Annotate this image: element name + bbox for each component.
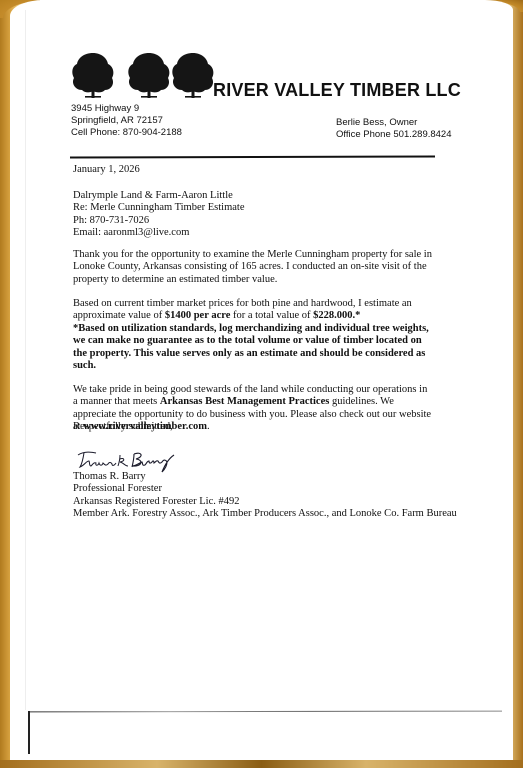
address-line: Cell Phone: 870-904-2188 xyxy=(71,127,182,139)
company-address: 3945 Highway 9 Springfield, AR 72157 Cel… xyxy=(71,103,182,139)
company-name: RIVER VALLEY TIMBER LLC xyxy=(213,80,461,101)
paragraph-estimate: Based on current timber market prices fo… xyxy=(73,298,433,372)
total-value: $228.000.* xyxy=(313,310,360,321)
page-bottom-edge xyxy=(0,760,523,768)
signer-name: Thomas R. Barry xyxy=(73,471,433,483)
price-per-acre: $1400 per acre xyxy=(165,310,231,321)
disclaimer: *Based on utilization standards, log mer… xyxy=(73,323,433,373)
handwritten-signature xyxy=(76,449,181,473)
owner-contact: Berlie Bess, Owner Office Phone 501.289.… xyxy=(336,117,452,141)
letter-date: January 1, 2026 xyxy=(73,164,433,176)
owner-line: Berlie Bess, Owner xyxy=(336,117,452,129)
tree-icon xyxy=(70,50,116,100)
signer-title: Professional Forester xyxy=(73,483,433,495)
tree-icon xyxy=(170,50,216,100)
page-edge xyxy=(25,10,26,710)
bottom-rule-corner xyxy=(28,711,30,754)
signer-license: Arkansas Registered Forester Lic. #492 xyxy=(73,496,433,508)
recipient-line: Ph: 870-731-7026 xyxy=(73,215,433,227)
recipient-line: Email: aaronml3@live.com xyxy=(73,227,433,239)
bmp-guidelines: Arkansas Best Management Practices xyxy=(160,396,329,407)
address-line: 3945 Highway 9 xyxy=(71,103,182,115)
address-line: Springfield, AR 72157 xyxy=(71,115,182,127)
closing: Respectfully submitted, xyxy=(73,421,433,433)
tree-icon xyxy=(126,50,172,100)
recipient-line: Re: Merle Cunningham Timber Estimate xyxy=(73,202,433,214)
signer-memberships: Member Ark. Forestry Assoc., Ark Timber … xyxy=(73,508,433,520)
recipient-line: Dalrymple Land & Farm-Aaron Little xyxy=(73,190,433,202)
signature-block: Thomas R. Barry Professional Forester Ar… xyxy=(73,471,433,521)
owner-line: Office Phone 501.289.8424 xyxy=(336,129,452,141)
estimate-text: for a total value of xyxy=(230,310,313,321)
paragraph-intro: Thank you for the opportunity to examine… xyxy=(73,249,433,286)
recipient-block: Dalrymple Land & Farm-Aaron Little Re: M… xyxy=(73,190,433,240)
